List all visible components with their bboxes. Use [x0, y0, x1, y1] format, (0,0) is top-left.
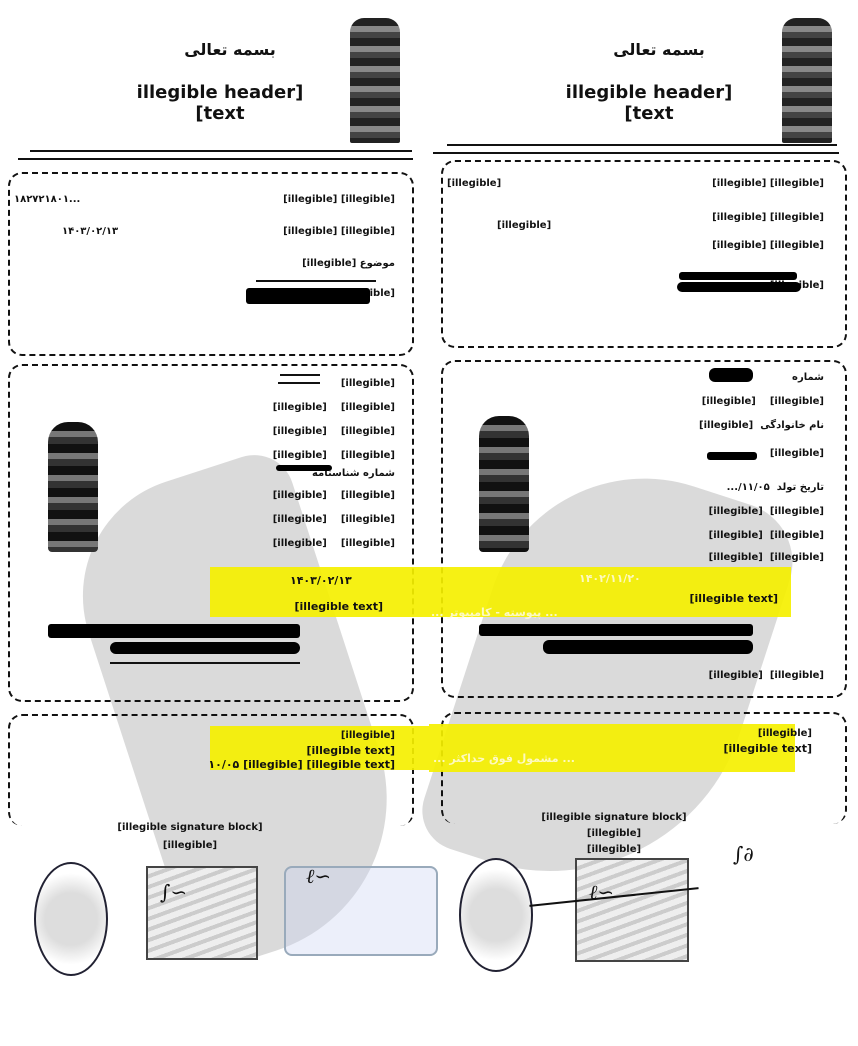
footer-line-2: [illegible] [549, 828, 679, 839]
underline [278, 382, 320, 384]
person-photo [479, 416, 529, 552]
redaction-bar [246, 288, 370, 304]
highlighted-line: [illegible text] [295, 600, 384, 613]
field-row: نام خانوادگی [illegible] [699, 420, 824, 431]
signature: ∫∽ [160, 880, 187, 904]
footer-line-1: [illegible signature block] [100, 822, 280, 833]
document-header: بسمه تعالی [illegible header text] [429, 0, 858, 150]
redaction-bar [276, 465, 332, 471]
document-header: بسمه تعالی [illegible header text] [0, 0, 429, 150]
document-left: بسمه تعالی [illegible header text] [ille… [0, 0, 429, 1046]
notes-line-1: [illegible text] [724, 742, 813, 755]
info-date: [illegible] [497, 220, 551, 231]
underline [256, 280, 376, 282]
info-row: [illegible] [illegible] [283, 226, 395, 237]
info-row: موضوع [illegible] [302, 258, 395, 269]
field-row: [illegible] [illegible] [709, 552, 824, 563]
highlighted-date: ۱۴۰۳/۰۲/۱۳ [290, 574, 352, 587]
emblem-icon [350, 18, 400, 143]
notes-line-1: [illegible text] [307, 744, 396, 757]
official-stamp [34, 862, 108, 976]
emblem-icon [782, 18, 832, 143]
highlight-overlay-text: ... پیوسته - کامپیوتر ... [431, 606, 558, 619]
redaction-bar [479, 624, 753, 636]
redaction-bar [709, 368, 753, 382]
field-row: [illegible] [illegible] [273, 426, 395, 437]
field-row: [illegible] [illegible] [273, 538, 395, 549]
notes-overlay: ... مشمول فوق حداکثر ... [433, 752, 575, 765]
redaction-bar [110, 642, 300, 654]
signature-stamp-box [575, 858, 689, 962]
info-row: [illegible] [illegible] [712, 212, 824, 223]
divider [30, 150, 412, 152]
person-photo [48, 422, 98, 552]
redaction-bar [48, 624, 300, 638]
field-row: [illegible] [illegible] [273, 450, 395, 461]
header-title-2: [illegible header text] [110, 82, 330, 124]
redaction-bar [679, 272, 797, 280]
field-row: [illegible] [illegible] [273, 490, 395, 501]
underline [110, 662, 300, 664]
official-stamp [459, 858, 533, 972]
info-row: [illegible] [illegible] [283, 194, 395, 205]
divider [433, 152, 839, 154]
field-row: [illegible] [770, 448, 824, 459]
redaction-bar [543, 640, 753, 654]
signature: ℓ∽ [589, 880, 614, 905]
notes-heading: [illegible] [758, 728, 812, 739]
redaction-bar [677, 282, 801, 292]
document-right: بسمه تعالی [illegible header text] [ille… [429, 0, 858, 1046]
field-row: شماره [792, 372, 824, 383]
footer-line-2: [illegible] [140, 840, 240, 851]
header-title-1: بسمه تعالی [569, 40, 749, 59]
info-number: [illegible] [447, 178, 501, 189]
info-number: ۱۸۲۷۲۱۸۰۱... [14, 194, 80, 205]
highlighted-line: [illegible text] [690, 592, 779, 605]
info-row: [illegible] [illegible] [712, 178, 824, 189]
signature: ℓ∽ [306, 864, 331, 889]
notes-heading: [illegible] [341, 730, 395, 741]
info-date: ۱۴۰۳/۰۲/۱۳ [62, 226, 118, 237]
header-title-1: بسمه تعالی [140, 40, 320, 59]
redaction-bar [707, 452, 757, 460]
notes-line-2: [illegible text] ۱۰/۰۵ [illegible] [208, 758, 395, 771]
field-row: [illegible] [illegible] [709, 670, 824, 681]
field-row: [illegible] [illegible] [702, 396, 824, 407]
field-row: [illegible] [illegible] [273, 514, 395, 525]
info-row: [illegible] [illegible] [712, 240, 824, 251]
header-title-2: [illegible header text] [539, 82, 759, 124]
divider [18, 158, 413, 160]
field-row: [illegible] [illegible] [709, 506, 824, 517]
highlighted-date: ۱۴۰۲/۱۱/۲۰ [579, 572, 641, 585]
field-row: [illegible] [illegible] [273, 402, 395, 413]
underline [280, 374, 320, 376]
divider [447, 144, 837, 146]
footer-line-3: [illegible] [569, 844, 659, 855]
field-row: [illegible] [341, 378, 395, 389]
footer-line-1: [illegible signature block] [519, 812, 709, 823]
field-row: تاریخ تولد ۱۱/۰۵/... [727, 482, 824, 493]
field-row: [illegible] [illegible] [709, 530, 824, 541]
signature: ∫∂ [733, 842, 754, 866]
